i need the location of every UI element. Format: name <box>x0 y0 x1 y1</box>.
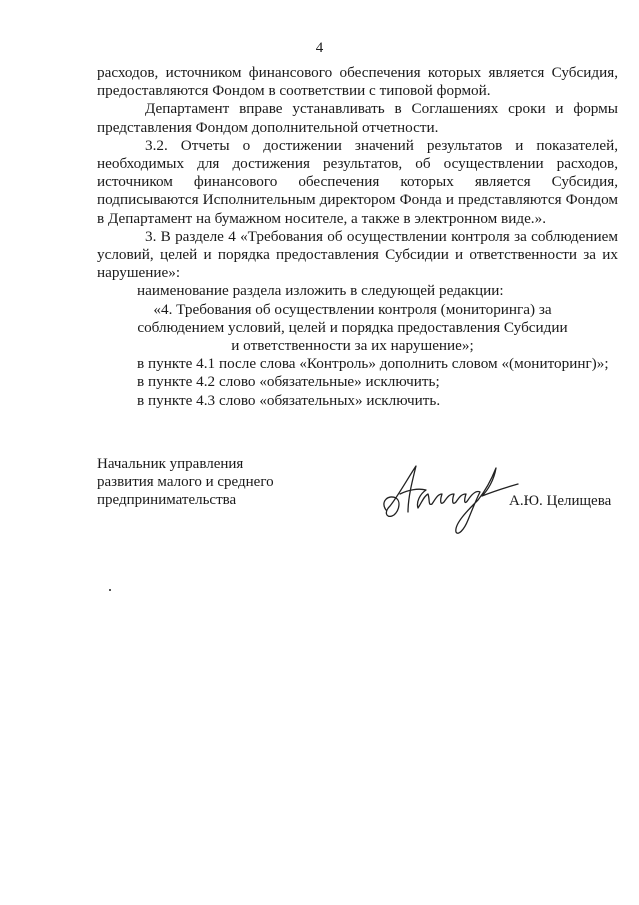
paragraph-3-2-reports: 3.2. Отчеты о достижении значений резуль… <box>97 137 618 228</box>
position-line-2: развития малого и среднего <box>97 473 274 491</box>
scan-artifact-dot <box>109 589 111 591</box>
position-line-3: предпринимательства <box>97 491 274 509</box>
signatory-position: Начальник управления развития малого и с… <box>97 455 274 510</box>
quote-line-2: соблюдением условий, целей и порядка пре… <box>97 319 618 337</box>
amendment-item-4-2: в пункте 4.2 слово «обязательные» исключ… <box>97 373 618 391</box>
signatory-name: А.Ю. Целищева <box>509 493 611 510</box>
quote-line-3: и ответственности за их нарушение»; <box>97 337 618 355</box>
paragraph-continuation-line2: предоставляются Фондом в соответствии с … <box>97 82 618 100</box>
document-body: расходов, источником финансового обеспеч… <box>97 64 618 410</box>
quote-line-1: «4. Требования об осуществлении контроля… <box>97 301 618 319</box>
paragraph-3-section-4: 3. В разделе 4 «Требования об осуществле… <box>97 228 618 283</box>
amendment-item-4-1: в пункте 4.1 после слова «Контроль» допо… <box>97 355 618 373</box>
paragraph-section-name: наименование раздела изложить в следующе… <box>97 282 618 300</box>
amendment-item-4-3: в пункте 4.3 слово «обязательных» исключ… <box>97 392 618 410</box>
page-number: 4 <box>0 40 639 57</box>
position-line-1: Начальник управления <box>97 455 274 473</box>
paragraph-department-rights: Департамент вправе устанавливать в Согла… <box>97 100 618 136</box>
handwritten-signature-icon <box>378 450 528 540</box>
paragraph-continuation-line1: расходов, источником финансового обеспеч… <box>97 64 618 82</box>
